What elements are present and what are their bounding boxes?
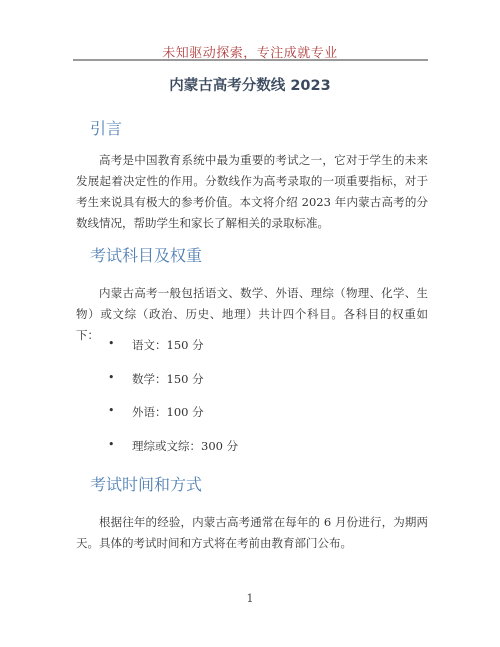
list-item-text: 语文：150 分 — [132, 337, 204, 353]
section-heading-subjects: 考试科目及权重 — [90, 243, 202, 266]
header-divider — [73, 59, 428, 61]
section-heading-introduction: 引言 — [90, 116, 122, 139]
section-paragraph-exam-time: 根据往年的经验，内蒙古高考通常在每年的 6 月份进行，为期两天。具体的考试时间和… — [76, 512, 428, 554]
list-item-text: 外语：100 分 — [132, 404, 204, 420]
section-heading-exam-time: 考试时间和方式 — [90, 472, 202, 495]
document-title: 内蒙古高考分数线 2023 — [0, 74, 500, 95]
bullet-icon: • — [108, 438, 115, 451]
bullet-icon: • — [108, 371, 115, 384]
list-item-text: 理综或文综：300 分 — [132, 438, 238, 454]
list-item-text: 数学：150 分 — [132, 371, 204, 387]
section-paragraph-introduction: 高考是中国教育系统中最为重要的考试之一，它对于学生的未来发展起着决定性的作用。分… — [76, 150, 428, 234]
section-paragraph-subjects: 内蒙古高考一般包括语文、数学、外语、理综（物理、化学、生物）或文综（政治、历史、… — [76, 283, 428, 346]
page-number: 1 — [0, 592, 500, 605]
bullet-icon: • — [108, 404, 115, 417]
bullet-icon: • — [108, 337, 115, 350]
document-page: 未知驱动探索，专注成就专业 内蒙古高考分数线 2023 引言 高考是中国教育系统… — [0, 0, 500, 647]
